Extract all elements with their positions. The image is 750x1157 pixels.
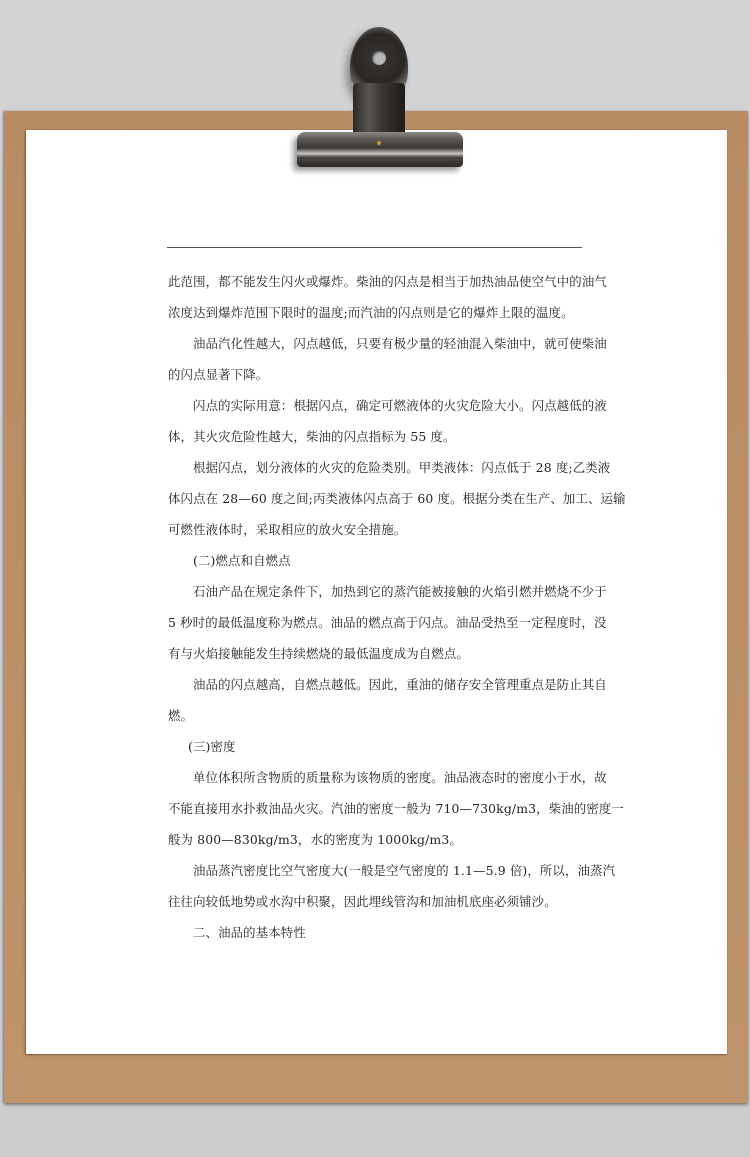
- clip-base: [297, 132, 463, 167]
- text-line: 的闪点显著下降。: [168, 363, 584, 394]
- text-line: 油品的闪点越高，自燃点越低。因此，重油的储存安全管理重点是防止其自: [168, 673, 584, 704]
- text-line: 体闪点在 28—60 度之间;丙类液体闪点高于 60 度。根据分类在生产、加工、…: [168, 487, 584, 518]
- text-line: 5 秒时的最低温度称为燃点。油品的燃点高于闪点。油品受热至一定程度时，没: [168, 611, 584, 642]
- clip-hole: [372, 51, 386, 65]
- text-line: 此范围，都不能发生闪火或爆炸。柴油的闪点是相当于加热油品使空气中的油气: [168, 270, 584, 301]
- section-heading: 二、油品的基本特性: [168, 921, 584, 952]
- text-line: 不能直接用水扑救油品火灾。汽油的密度一般为 710—730kg/m3，柴油的密度…: [168, 797, 584, 828]
- text-line: 油品汽化性越大，闪点越低，只要有极少量的轻油混入柴油中，就可使柴油: [168, 332, 584, 363]
- text-line: 有与火焰接触能发生持续燃烧的最低温度成为自燃点。: [168, 642, 584, 673]
- document-body: 此范围，都不能发生闪火或爆炸。柴油的闪点是相当于加热油品使空气中的油气 浓度达到…: [168, 270, 584, 952]
- text-line: 般为 800—830kg/m3，水的密度为 1000kg/m3。: [168, 828, 584, 859]
- text-line: 单位体积所含物质的质量称为该物质的密度。油品液态时的密度小于水，故: [168, 766, 584, 797]
- text-line: 体，其火灾危险性越大，柴油的闪点指标为 55 度。: [168, 425, 584, 456]
- clip-pin: [377, 141, 381, 145]
- text-line: 往往向较低地势或水沟中积聚，因此埋线管沟和加油机底座必须铺沙。: [168, 890, 584, 921]
- text-line: 可燃性液体时，采取相应的放火安全措施。: [168, 518, 584, 549]
- section-heading: (二)燃点和自燃点: [168, 549, 584, 580]
- text-line: 闪点的实际用意：根据闪点，确定可燃液体的火灾危险大小。闪点越低的液: [168, 394, 584, 425]
- text-line: 浓度达到爆炸范围下限时的温度;而汽油的闪点则是它的爆炸上限的温度。: [168, 301, 584, 332]
- text-line: 燃。: [168, 704, 584, 735]
- text-line: 油品蒸汽密度比空气密度大(一般是空气密度的 1.1—5.9 倍)，所以，油蒸汽: [168, 859, 584, 890]
- text-line: 石油产品在规定条件下，加热到它的蒸汽能被接触的火焰引燃并燃烧不少于: [168, 580, 584, 611]
- section-heading: (三)密度: [168, 735, 584, 766]
- text-line: 根据闪点，划分液体的火灾的危险类别。甲类液体：闪点低于 28 度;乙类液: [168, 456, 584, 487]
- binder-clip: [295, 25, 465, 170]
- header-rule: [167, 247, 582, 248]
